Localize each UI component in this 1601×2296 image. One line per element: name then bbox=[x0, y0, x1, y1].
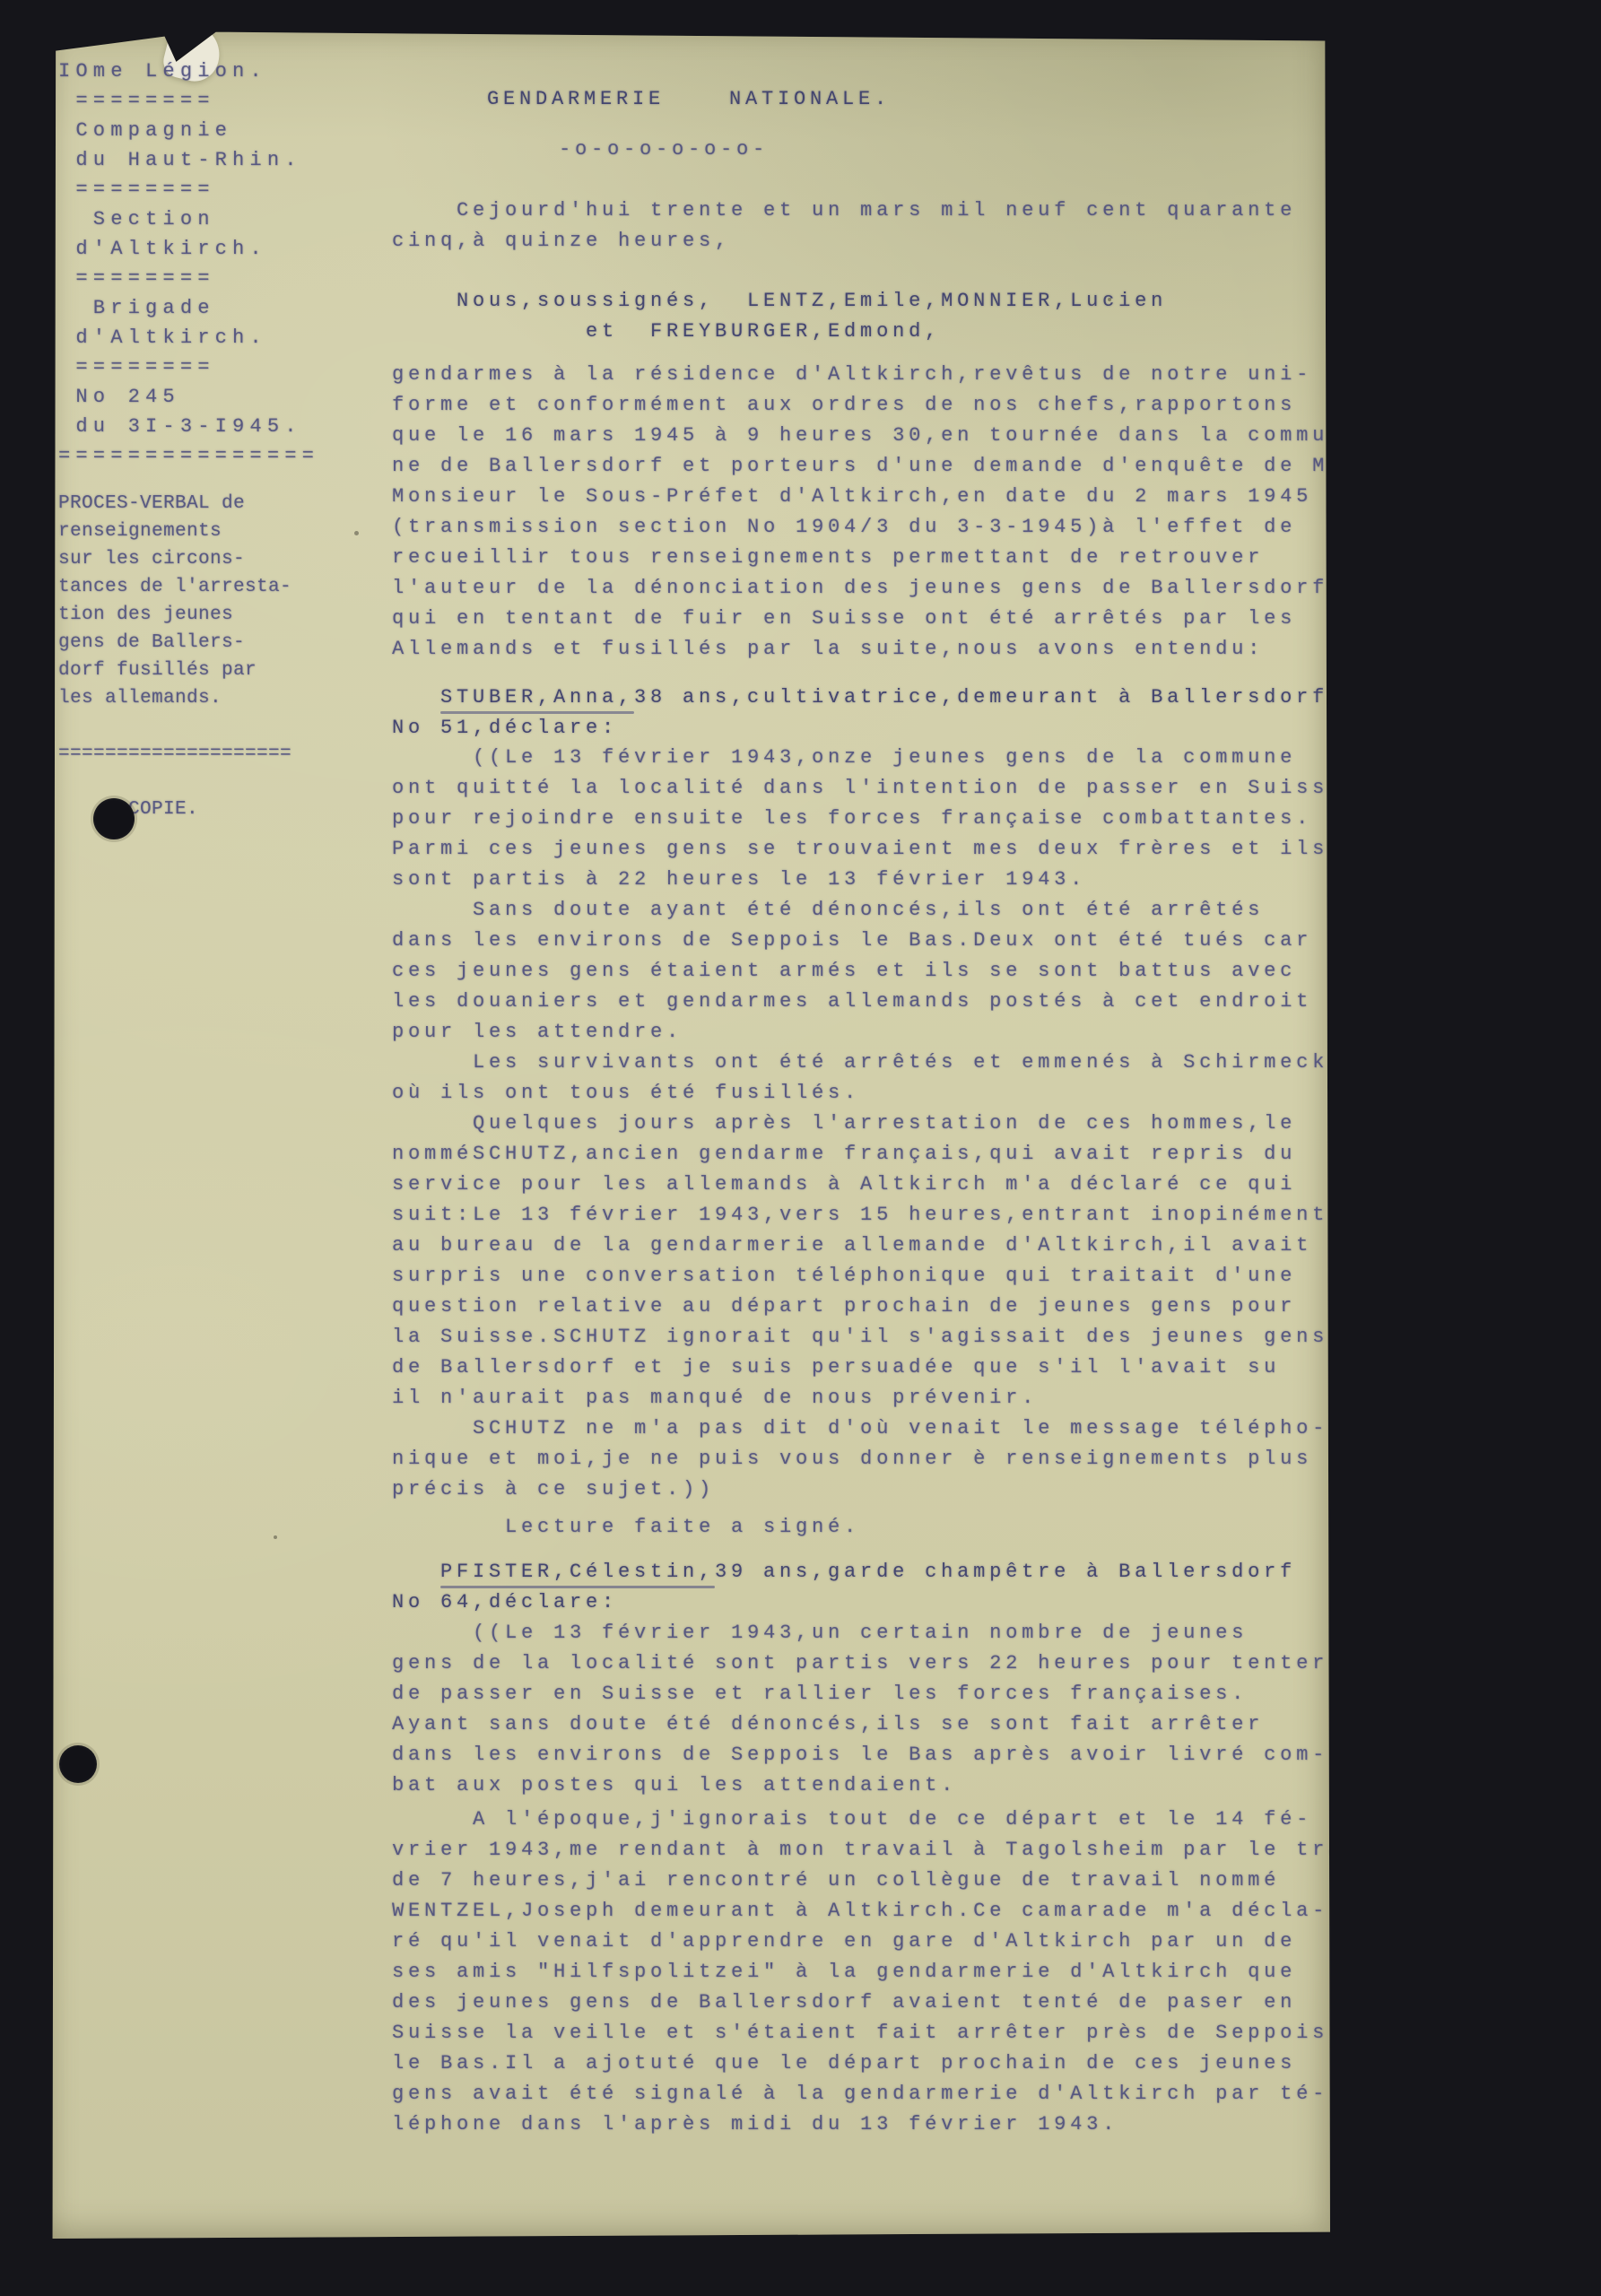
text-line: vrier 1943,me rendant à mon travail à Ta… bbox=[392, 1835, 1330, 1865]
text-line: Quelques jours après l'arrestation de ce… bbox=[392, 1109, 1328, 1139]
text-line: de Ballersdorf et je suis persuadée que … bbox=[392, 1352, 1328, 1383]
punch-hole-top bbox=[93, 798, 135, 839]
text-line: A l'époque,j'ignorais tout de ce départ … bbox=[392, 1805, 1330, 1835]
text-line: Allemands et fusillés par la suite,nous … bbox=[392, 634, 1330, 665]
text-line: ré qu'il venait d'apprendre en gare d'Al… bbox=[392, 1926, 1330, 1957]
text-line: suit:Le 13 février 1943,vers 15 heures,e… bbox=[392, 1200, 1328, 1231]
text-line: sont partis à 22 heures le 13 février 19… bbox=[392, 865, 1330, 895]
text-line: cinq,à quinze heures, bbox=[392, 226, 1296, 257]
text-line: No 51,déclare: bbox=[392, 713, 1328, 744]
text-line: PFISTER,Célestin,39 ans,garde champêtre … bbox=[392, 1557, 1296, 1587]
witness1-name-underline bbox=[440, 711, 634, 714]
text-line: ne de Ballersdorf et porteurs d'une dema… bbox=[392, 451, 1330, 482]
paragraph-date: Cejourd'hui trente et un mars mil neuf c… bbox=[392, 196, 1296, 257]
witness1-paragraph-1: ((Le 13 février 1943,onze jeunes gens de… bbox=[392, 743, 1330, 895]
text-line: ======== bbox=[58, 175, 319, 204]
paragraph-officers: Nous,soussignés, LENTZ,Emile,MONNIER,Luc… bbox=[392, 286, 1167, 347]
text-line: nomméSCHUTZ,ancien gendarme français,qui… bbox=[392, 1139, 1328, 1170]
text-line: et FREYBURGER,Edmond, bbox=[392, 317, 1167, 347]
text-line: bat aux postes qui les attendaient. bbox=[392, 1770, 1328, 1801]
text-line: où ils ont tous été fusillés. bbox=[392, 1078, 1328, 1109]
text-line: les allemands. bbox=[58, 684, 291, 712]
text-line: STUBER,Anna,38 ans,cultivatrice,demeuran… bbox=[392, 683, 1328, 713]
text-line: d'Altkirch. bbox=[58, 234, 319, 264]
witness1-paragraph-5: SCHUTZ ne m'a pas dit d'où venait le mes… bbox=[392, 1413, 1328, 1505]
text-line: du 3I-3-I945. bbox=[58, 412, 319, 441]
text-line: au bureau de la gendarmerie allemande d'… bbox=[392, 1231, 1328, 1261]
text-line: Brigade bbox=[58, 293, 319, 323]
text-line: No 245 bbox=[58, 382, 319, 412]
text-line: ======== bbox=[58, 86, 319, 116]
margin-unit-block: IOme Légion. ======== Compagnie du Haut-… bbox=[58, 57, 319, 471]
document-title: GENDARMERIE NATIONALE. bbox=[487, 88, 891, 110]
text-line: nique et moi,je ne puis vous donner è re… bbox=[392, 1444, 1328, 1474]
punch-hole-bottom bbox=[59, 1745, 97, 1783]
witness1-closing: Lecture faite a signé. bbox=[392, 1512, 860, 1543]
text-line: gens avait été signalé à la gendarmerie … bbox=[392, 2079, 1330, 2109]
text-line: que le 16 mars 1945 à 9 heures 30,en tou… bbox=[392, 421, 1330, 451]
text-line: qui en tentant de fuir en Suisse ont été… bbox=[392, 604, 1330, 634]
text-line: dans les environs de Seppois le Bas.Deux… bbox=[392, 926, 1312, 956]
text-line: question relative au départ prochain de … bbox=[392, 1291, 1328, 1322]
text-line: No 64,déclare: bbox=[392, 1587, 1296, 1618]
text-line: Ayant sans doute été dénoncés,ils se son… bbox=[392, 1709, 1328, 1740]
text-line: dans les environs de Seppois le Bas aprè… bbox=[392, 1740, 1328, 1770]
text-line: Parmi ces jeunes gens se trouvaient mes … bbox=[392, 834, 1330, 865]
text-line: gens de Ballers- bbox=[58, 629, 291, 657]
text-line: pour les attendre. bbox=[392, 1017, 1312, 1048]
text-line: des jeunes gens de Ballersdorf avaient t… bbox=[392, 1987, 1330, 2018]
text-line: =============== bbox=[58, 441, 319, 471]
text-line: Suisse la veille et s'étaient fait arrêt… bbox=[392, 2018, 1330, 2048]
text-line bbox=[58, 768, 291, 796]
text-line: PROCES-VERBAL de bbox=[58, 490, 291, 517]
text-line: WENTZEL,Joseph demeurant à Altkirch.Ce c… bbox=[392, 1896, 1330, 1926]
text-line: tion des jeunes bbox=[58, 601, 291, 629]
text-line: la Suisse.SCHUTZ ignorait qu'il s'agissa… bbox=[392, 1322, 1328, 1352]
witness2-paragraph-1: ((Le 13 février 1943,un certain nombre d… bbox=[392, 1618, 1328, 1801]
text-line: précis à ce sujet.)) bbox=[392, 1474, 1328, 1505]
text-line: ======== bbox=[58, 264, 319, 293]
text-line: de passer en Suisse et rallier les force… bbox=[392, 1679, 1328, 1709]
text-line: ses amis "Hilfspolitzei" à la gendarmeri… bbox=[392, 1957, 1330, 1987]
text-line: Lecture faite a signé. bbox=[392, 1512, 860, 1543]
text-line: Les survivants ont été arrêtés et emmené… bbox=[392, 1048, 1328, 1078]
text-line: Compagnie bbox=[58, 116, 319, 145]
paper-speck bbox=[1108, 298, 1111, 301]
text-line: renseignements bbox=[58, 517, 291, 545]
text-line: gendarmes à la résidence d'Altkirch,revê… bbox=[392, 360, 1330, 390]
witness1-paragraph-3: Les survivants ont été arrêtés et emmené… bbox=[392, 1048, 1328, 1109]
text-line bbox=[58, 712, 291, 740]
text-line: (transmission section No 1904/3 du 3-3-1… bbox=[392, 512, 1330, 543]
text-line: Cejourd'hui trente et un mars mil neuf c… bbox=[392, 196, 1296, 226]
text-line: sur les circons- bbox=[58, 545, 291, 573]
title-separator: -o-o-o-o-o-o- bbox=[559, 138, 769, 161]
text-line: ======== bbox=[58, 352, 319, 382]
witness1-paragraph-4: Quelques jours après l'arrestation de ce… bbox=[392, 1109, 1328, 1413]
witness2-name-underline bbox=[440, 1586, 715, 1588]
witness2-paragraph-2: A l'époque,j'ignorais tout de ce départ … bbox=[392, 1805, 1330, 2140]
text-line: SCHUTZ ne m'a pas dit d'où venait le mes… bbox=[392, 1413, 1328, 1444]
text-line: ((Le 13 février 1943,onze jeunes gens de… bbox=[392, 743, 1330, 773]
text-line: il n'aurait pas manqué de nous prévenir. bbox=[392, 1383, 1328, 1413]
witness1-paragraph-2: Sans doute ayant été dénoncés,ils ont ét… bbox=[392, 895, 1312, 1048]
text-line: Monsieur le Sous-Préfet d'Altkirch,en da… bbox=[392, 482, 1330, 512]
margin-subject-block: PROCES-VERBAL derenseignementssur les ci… bbox=[58, 490, 291, 823]
paper-speck bbox=[354, 531, 359, 535]
paper-speck bbox=[274, 1535, 277, 1539]
text-line: dorf fusillés par bbox=[58, 657, 291, 684]
text-line: tances de l'arresta- bbox=[58, 573, 291, 601]
document-scan: IOme Légion. ======== Compagnie du Haut-… bbox=[0, 0, 1601, 2296]
text-line: de 7 heures,j'ai rencontré un collègue d… bbox=[392, 1865, 1330, 1896]
text-line: les douaniers et gendarmes allemands pos… bbox=[392, 987, 1312, 1017]
text-line: surpris une conversation téléphonique qu… bbox=[392, 1261, 1328, 1291]
text-line: ont quitté la localité dans l'intention … bbox=[392, 773, 1330, 804]
text-line: service pour les allemands à Altkirch m'… bbox=[392, 1170, 1328, 1200]
text-line: pour rejoindre ensuite les forces frança… bbox=[392, 804, 1330, 834]
text-line: d'Altkirch. bbox=[58, 323, 319, 352]
paper-page: IOme Légion. ======== Compagnie du Haut-… bbox=[49, 29, 1330, 2239]
text-line: le Bas.Il a ajotuté que le départ procha… bbox=[392, 2048, 1330, 2079]
text-line: Sans doute ayant été dénoncés,ils ont ét… bbox=[392, 895, 1312, 926]
text-line: forme et conformément aux ordres de nos … bbox=[392, 390, 1330, 421]
text-line: gens de la localité sont partis vers 22 … bbox=[392, 1648, 1328, 1679]
text-line: recueillir tous renseignements permettan… bbox=[392, 543, 1330, 573]
text-line: Nous,soussignés, LENTZ,Emile,MONNIER,Luc… bbox=[392, 286, 1167, 317]
text-line: du Haut-Rhin. bbox=[58, 145, 319, 175]
text-line: Section bbox=[58, 204, 319, 234]
text-line: l'auteur de la dénonciation des jeunes g… bbox=[392, 573, 1330, 604]
text-line: ces jeunes gens étaient armés et ils se … bbox=[392, 956, 1312, 987]
paragraph-preamble: gendarmes à la résidence d'Altkirch,revê… bbox=[392, 360, 1330, 665]
text-line: ==================== bbox=[58, 740, 291, 768]
text-line: ((Le 13 février 1943,un certain nombre d… bbox=[392, 1618, 1328, 1648]
text-line: IOme Légion. bbox=[58, 57, 319, 86]
text-line: léphone dans l'après midi du 13 février … bbox=[392, 2109, 1330, 2140]
